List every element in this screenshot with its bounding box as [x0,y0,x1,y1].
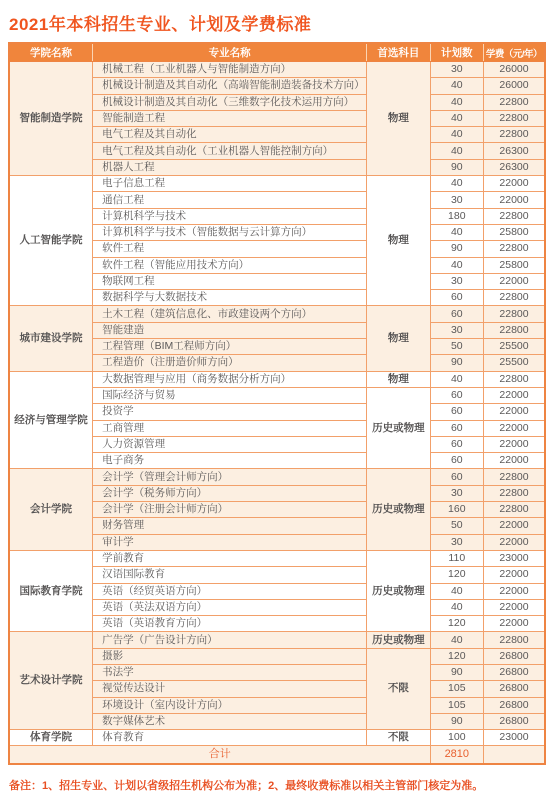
plan-count: 30 [430,273,483,289]
major-name: 机械设计制造及其自动化（三维数字化技术运用方向） [93,94,367,110]
college-name: 国际教育学院 [9,550,93,631]
subject-requirement: 物理 [367,371,430,387]
plan-count: 40 [430,224,483,240]
total-label: 合计 [9,746,430,764]
major-name: 审计学 [93,534,367,550]
major-name: 会计学（管理会计师方向） [93,469,367,485]
plan-count: 30 [430,192,483,208]
plan-count: 40 [430,78,483,94]
plan-count: 50 [430,339,483,355]
college-name: 智能制造学院 [9,62,93,176]
college-name: 会计学院 [9,469,93,550]
tuition-fee: 25500 [484,339,546,355]
tuition-fee: 22000 [484,518,546,534]
tuition-fee: 23000 [484,730,546,746]
major-name: 智能建造 [93,322,367,338]
plan-count: 60 [430,404,483,420]
tuition-fee: 26300 [484,159,546,175]
plan-count: 120 [430,616,483,632]
tuition-fee: 22800 [484,290,546,306]
plan-count: 90 [430,159,483,175]
major-name: 智能制造工程 [93,110,367,126]
major-name: 大数据管理与应用（商务数据分析方向） [93,371,367,387]
total-fee-cell [484,746,546,764]
plan-count: 180 [430,208,483,224]
admissions-table: 学院名称 专业名称 首选科目 计划数 学费（元/年） 智能制造学院机械工程（工业… [8,42,546,765]
college-name: 艺术设计学院 [9,632,93,730]
major-name: 学前教育 [93,550,367,566]
table-row: 智能制造学院机械工程（工业机器人与智能制造方向）物理3026000 [9,62,545,78]
major-name: 通信工程 [93,192,367,208]
tuition-fee: 25800 [484,224,546,240]
tuition-fee: 22800 [484,110,546,126]
college-name: 人工智能学院 [9,176,93,306]
major-name: 电子信息工程 [93,176,367,192]
major-name: 工程造价（注册造价师方向） [93,355,367,371]
major-name: 机械设计制造及其自动化（高端智能制造装备技术方向） [93,78,367,94]
plan-count: 60 [430,436,483,452]
tuition-fee: 22800 [484,208,546,224]
major-name: 土木工程（建筑信息化、市政建设两个方向） [93,306,367,322]
tuition-fee: 22000 [484,599,546,615]
table-row: 体育学院体育教育不限10023000 [9,730,545,746]
major-name: 机器人工程 [93,159,367,175]
table-footer: 合计 2810 [9,746,545,764]
page-title: 2021年本科招生专业、计划及学费标准 [9,10,546,35]
tuition-fee: 22000 [484,534,546,550]
plan-count: 90 [430,713,483,729]
major-name: 工商管理 [93,420,367,436]
plan-count: 60 [430,453,483,469]
major-name: 视觉传达设计 [93,681,367,697]
plan-count: 60 [430,387,483,403]
major-name: 英语（经贸英语方向） [93,583,367,599]
plan-count: 90 [430,241,483,257]
tuition-fee: 22800 [484,241,546,257]
table-row: 城市建设学院土木工程（建筑信息化、市政建设两个方向）物理6022800 [9,306,545,322]
major-name: 国际经济与贸易 [93,387,367,403]
plan-count: 120 [430,567,483,583]
major-name: 广告学（广告设计方向） [93,632,367,648]
tuition-fee: 23000 [484,550,546,566]
table-header: 学院名称 专业名称 首选科目 计划数 学费（元/年） [9,43,545,62]
table-row: 艺术设计学院广告学（广告设计方向）历史或物理4022800 [9,632,545,648]
major-name: 电气工程及其自动化（工业机器人智能控制方向） [93,143,367,159]
tuition-fee: 22800 [484,94,546,110]
tuition-fee: 22000 [484,436,546,452]
table-row: 会计学院会计学（管理会计师方向）历史或物理6022800 [9,469,545,485]
tuition-fee: 26300 [484,143,546,159]
tuition-fee: 22000 [484,453,546,469]
plan-count: 160 [430,502,483,518]
plan-count: 40 [430,632,483,648]
subject-requirement: 历史或物理 [367,550,430,631]
major-name: 人力资源管理 [93,436,367,452]
tuition-fee: 22000 [484,176,546,192]
subject-requirement: 不限 [367,648,430,729]
plan-count: 40 [430,143,483,159]
header-tuition-fee: 学费（元/年） [484,43,546,62]
tuition-fee: 22800 [484,127,546,143]
tuition-fee: 22800 [484,322,546,338]
plan-count: 90 [430,664,483,680]
major-name: 数字媒体艺术 [93,713,367,729]
plan-count: 100 [430,730,483,746]
plan-count: 40 [430,127,483,143]
tuition-fee: 26800 [484,713,546,729]
plan-count: 40 [430,257,483,273]
tuition-fee: 26800 [484,664,546,680]
header-major-name: 专业名称 [93,43,367,62]
tuition-fee: 22800 [484,371,546,387]
major-name: 会计学（税务师方向） [93,485,367,501]
tuition-fee: 22800 [484,502,546,518]
plan-count: 105 [430,681,483,697]
subject-requirement: 历史或物理 [367,469,430,550]
header-row: 学院名称 专业名称 首选科目 计划数 学费（元/年） [9,43,545,62]
subject-requirement: 不限 [367,730,430,746]
major-name: 会计学（注册会计师方向） [93,502,367,518]
tuition-fee: 26000 [484,78,546,94]
major-name: 英语（英语教育方向） [93,616,367,632]
header-plan-count: 计划数 [430,43,483,62]
tuition-fee: 22800 [484,485,546,501]
plan-count: 40 [430,94,483,110]
college-name: 经济与管理学院 [9,371,93,469]
plan-count: 50 [430,518,483,534]
major-name: 电气工程及其自动化 [93,127,367,143]
plan-count: 60 [430,469,483,485]
plan-count: 60 [430,420,483,436]
major-name: 电子商务 [93,453,367,469]
major-name: 摄影 [93,648,367,664]
footnote: 备注：1、招生专业、计划以省级招生机构公布为准；2、最终收费标准以相关主管部门核… [9,777,546,793]
plan-count: 40 [430,176,483,192]
tuition-fee: 26800 [484,648,546,664]
tuition-fee: 22000 [484,616,546,632]
tuition-fee: 22000 [484,567,546,583]
plan-count: 105 [430,697,483,713]
plan-count: 30 [430,534,483,550]
table-row: 国际教育学院学前教育历史或物理11023000 [9,550,545,566]
major-name: 计算机科学与技术 [93,208,367,224]
major-name: 计算机科学与技术（智能数据与云计算方向） [93,224,367,240]
plan-count: 60 [430,290,483,306]
header-college-name: 学院名称 [9,43,93,62]
subject-requirement: 物理 [367,306,430,371]
major-name: 工程管理（BIM工程师方向） [93,339,367,355]
header-preferred-subject: 首选科目 [367,43,430,62]
plan-count: 30 [430,62,483,78]
plan-count: 40 [430,599,483,615]
page: 2021年本科招生专业、计划及学费标准 学院名称 专业名称 首选科目 计划数 学… [0,0,554,793]
subject-requirement: 物理 [367,62,430,176]
tuition-fee: 22800 [484,306,546,322]
total-row: 合计 2810 [9,746,545,764]
major-name: 软件工程（智能应用技术方向） [93,257,367,273]
tuition-fee: 22000 [484,420,546,436]
subject-requirement: 历史或物理 [367,632,430,648]
table-body: 智能制造学院机械工程（工业机器人与智能制造方向）物理3026000机械设计制造及… [9,62,545,746]
subject-requirement: 物理 [367,176,430,306]
college-name: 体育学院 [9,730,93,746]
tuition-fee: 25800 [484,257,546,273]
plan-count: 40 [430,110,483,126]
tuition-fee: 26800 [484,697,546,713]
subject-requirement: 历史或物理 [367,387,430,468]
tuition-fee: 26800 [484,681,546,697]
tuition-fee: 22000 [484,404,546,420]
tuition-fee: 22800 [484,632,546,648]
plan-count: 120 [430,648,483,664]
plan-count: 30 [430,485,483,501]
tuition-fee: 22000 [484,387,546,403]
major-name: 财务管理 [93,518,367,534]
college-name: 城市建设学院 [9,306,93,371]
table-row: 经济与管理学院大数据管理与应用（商务数据分析方向）物理4022800 [9,371,545,387]
major-name: 体育教育 [93,730,367,746]
tuition-fee: 22000 [484,583,546,599]
plan-count: 30 [430,322,483,338]
total-plan-count: 2810 [430,746,483,764]
major-name: 投资学 [93,404,367,420]
plan-count: 40 [430,371,483,387]
plan-count: 110 [430,550,483,566]
major-name: 数据科学与大数据技术 [93,290,367,306]
major-name: 英语（英法双语方向） [93,599,367,615]
tuition-fee: 26000 [484,62,546,78]
plan-count: 60 [430,306,483,322]
plan-count: 90 [430,355,483,371]
major-name: 汉语国际教育 [93,567,367,583]
major-name: 书法学 [93,664,367,680]
tuition-fee: 22800 [484,469,546,485]
major-name: 物联网工程 [93,273,367,289]
tuition-fee: 25500 [484,355,546,371]
major-name: 机械工程（工业机器人与智能制造方向） [93,62,367,78]
tuition-fee: 22000 [484,273,546,289]
major-name: 环境设计（室内设计方向） [93,697,367,713]
tuition-fee: 22000 [484,192,546,208]
major-name: 软件工程 [93,241,367,257]
table-row: 人工智能学院电子信息工程物理4022000 [9,176,545,192]
plan-count: 40 [430,583,483,599]
